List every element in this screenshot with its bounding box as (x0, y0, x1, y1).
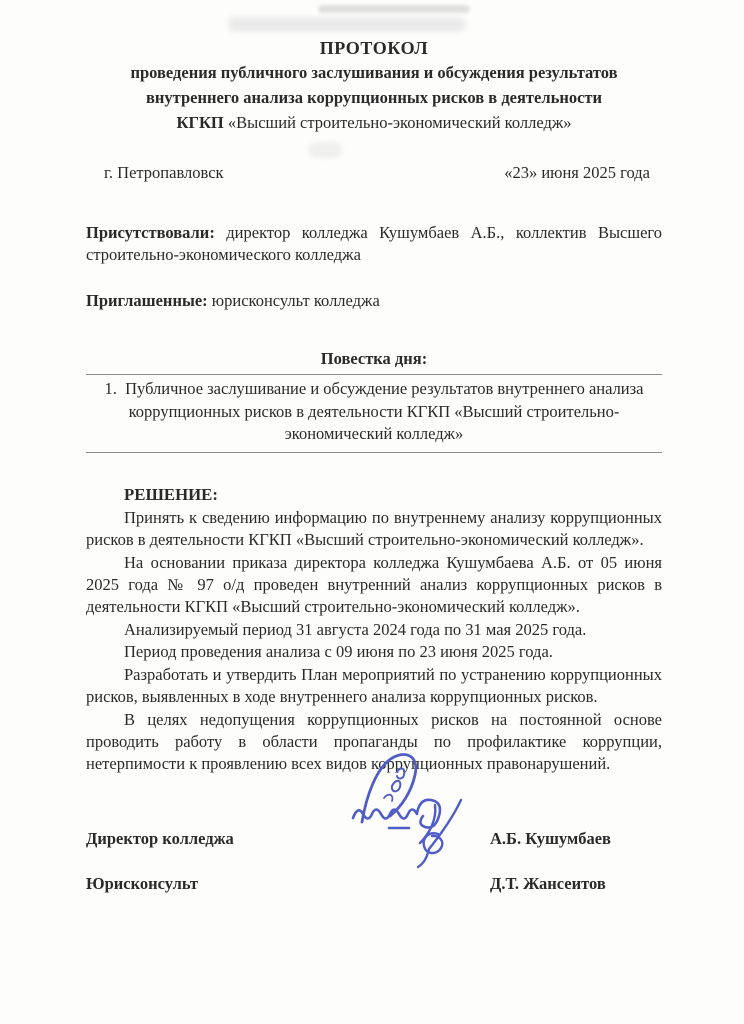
scanned-document-page: ПРОТОКОЛ проведения публичного заслушива… (0, 0, 744, 1024)
document-subtitle-line-2: внутреннего анализа коррупционных рисков… (86, 85, 662, 110)
invited-text: юрисконсульт колледжа (212, 291, 380, 310)
organization-line: КГКП «Высший строительно-экономический к… (86, 110, 662, 135)
organization-abbr: КГКП (176, 113, 223, 132)
signature-name: Д.Т. Жансеитов (490, 873, 662, 894)
agenda-heading: Повестка дня: (86, 348, 662, 369)
document-title: ПРОТОКОЛ (86, 36, 662, 60)
invited-label: Приглашенные: (86, 291, 208, 310)
decision-paragraph: Период проведения анализа с 09 июня по 2… (86, 641, 662, 663)
decision-section: РЕШЕНИЕ: Принять к сведению информацию п… (86, 484, 662, 775)
attendees-paragraph: Присутствовали: директор колледжа Кушумб… (86, 222, 662, 267)
invited-paragraph: Приглашенные: юрисконсульт колледжа (86, 290, 662, 312)
date-label: «23» июня 2025 года (504, 162, 650, 183)
handwritten-signature-ink (332, 750, 484, 888)
agenda-item-text: Публичное заслушивание и обсуждение резу… (125, 379, 643, 443)
decision-paragraph: На основании приказа директора колледжа … (86, 552, 662, 619)
decision-paragraph: Разработать и утвердить План мероприятий… (86, 664, 662, 709)
city-label: г. Петропавловск (104, 162, 224, 183)
decision-heading: РЕШЕНИЕ: (86, 484, 662, 506)
agenda-item: 1. Публичное заслушивание и обсуждение р… (86, 375, 662, 449)
signature-name: А.Б. Кушумбаев (490, 828, 662, 849)
decision-paragraph: Анализируемый период 31 августа 2024 год… (86, 619, 662, 641)
agenda-item-number: 1. (105, 379, 117, 398)
attendees-label: Присутствовали: (86, 223, 215, 242)
organization-name: «Высший строительно-экономический коллед… (228, 113, 572, 132)
document-subtitle-line-1: проведения публичного заслушивания и обс… (86, 60, 662, 85)
city-date-row: г. Петропавловск «23» июня 2025 года (86, 162, 662, 183)
agenda-divider-bottom (86, 452, 662, 453)
decision-paragraph: Принять к сведению информацию по внутрен… (86, 507, 662, 552)
